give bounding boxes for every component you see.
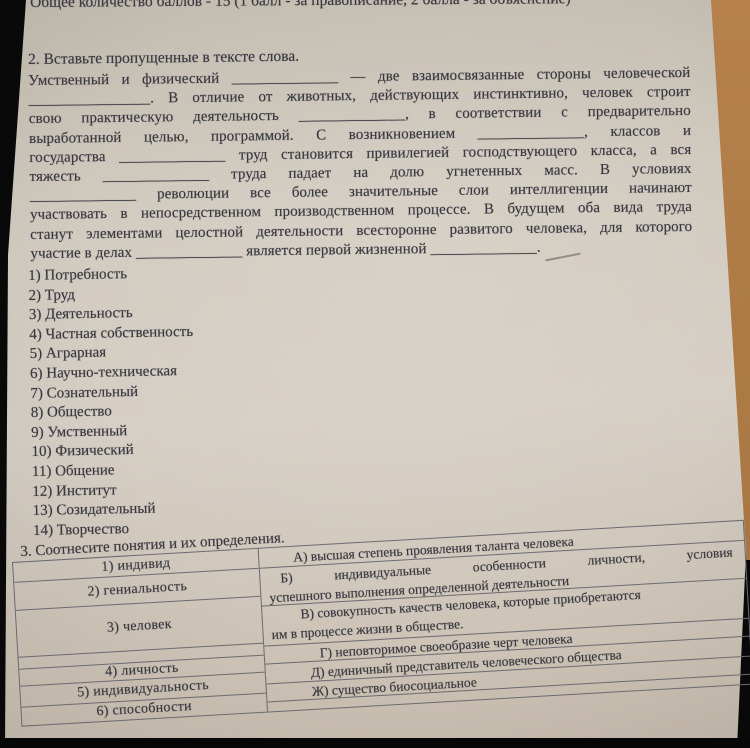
task-2-section: 2. Вставьте пропущенные в тексте слова. …: [28, 42, 693, 264]
definitions-column: А) высшая степень проявления таланта чел…: [259, 521, 750, 712]
score-line: Общее количество баллов - 15 (1 балл - з…: [30, 0, 700, 13]
terms-column: 1) индивид 2) гениальность 3) человек 4)…: [13, 549, 268, 726]
photo-frame-bar: [0, 738, 750, 748]
document-photo: Общее количество баллов - 15 (1 балл - з…: [0, 0, 750, 748]
options-list: 1) Потребность 2) Труд 3) Деятельность 4…: [28, 259, 433, 541]
fill-in-paragraph: Умственный и физический ______________ —…: [28, 64, 692, 264]
